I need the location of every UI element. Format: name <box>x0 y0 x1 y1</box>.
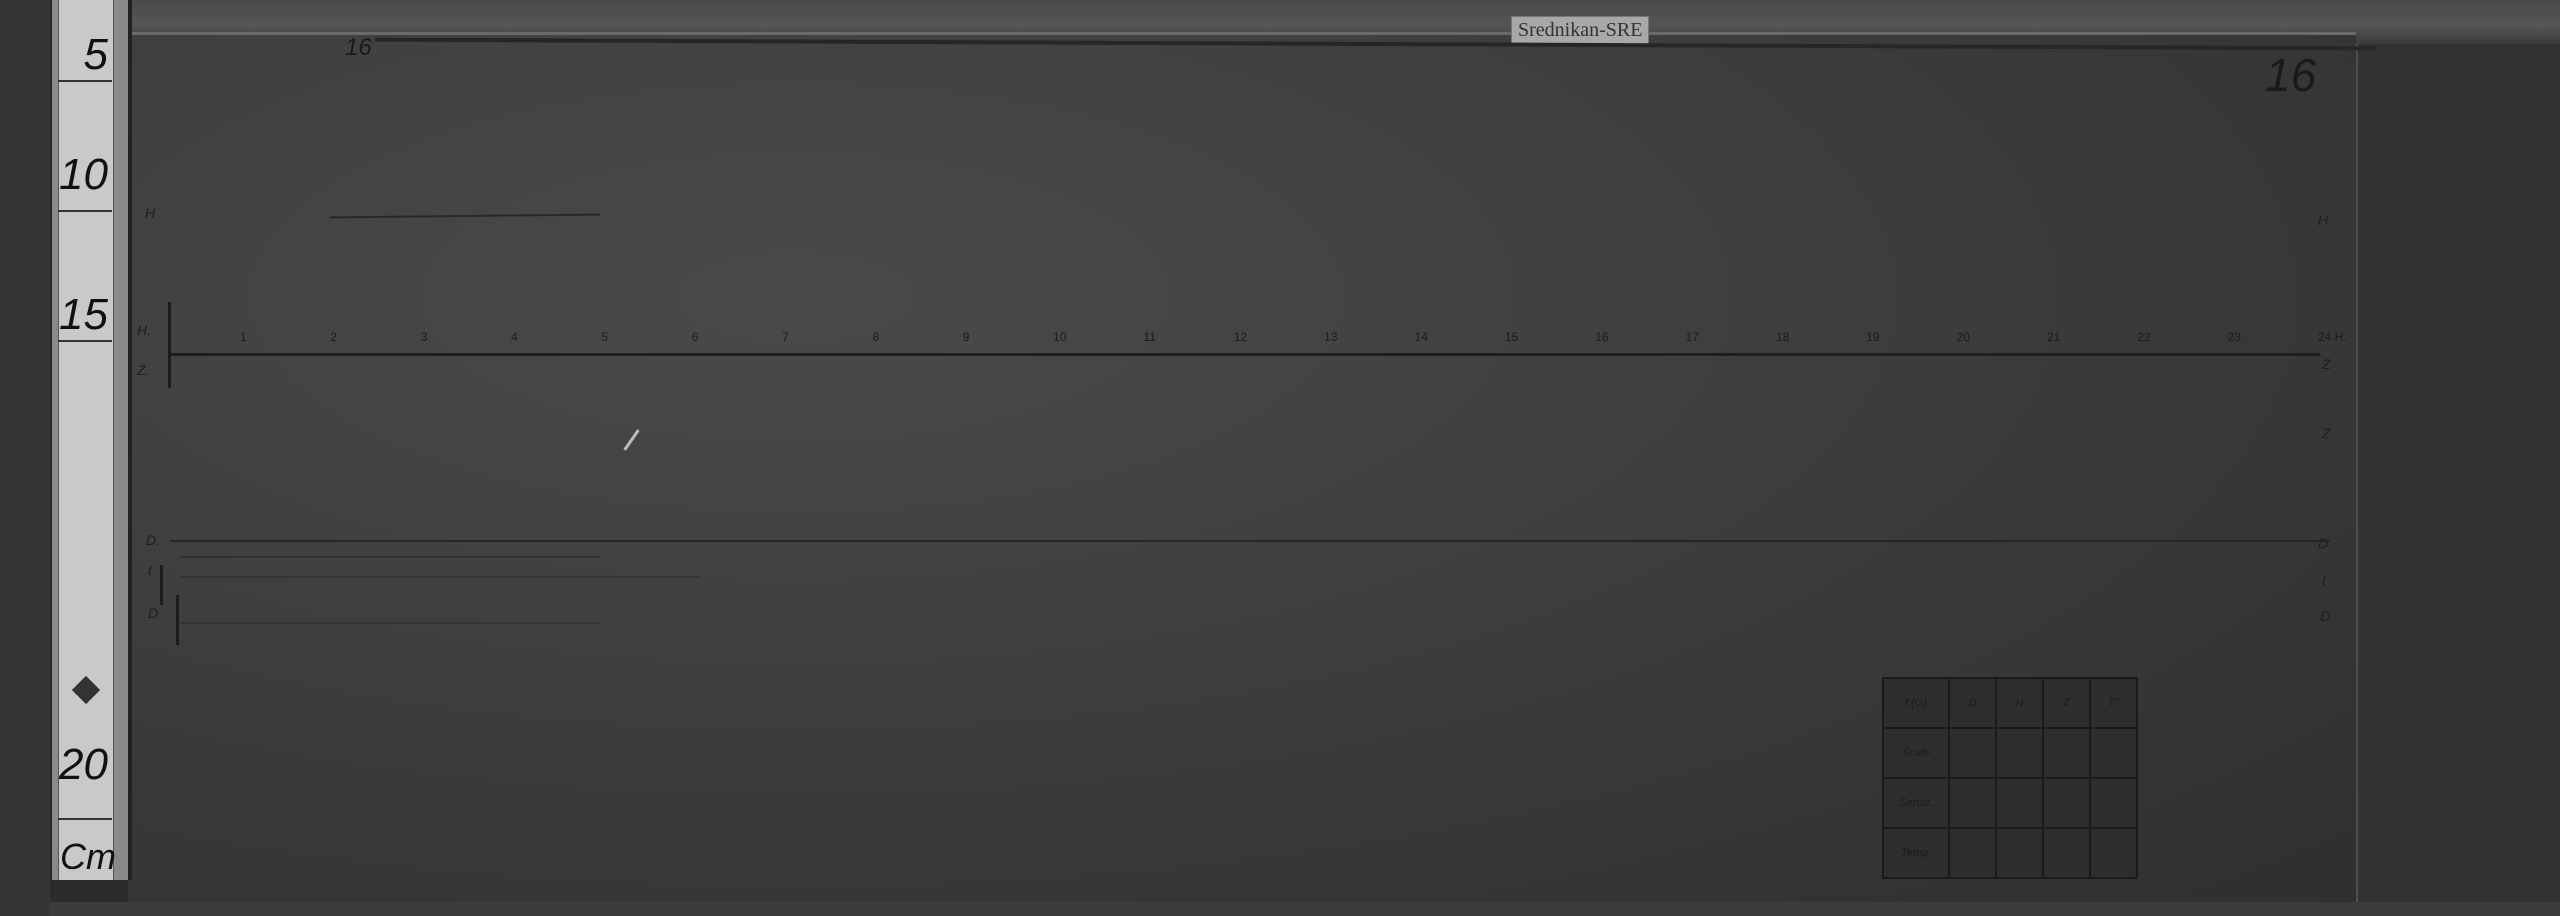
hour-tick-label: 14 <box>1415 330 1428 344</box>
arrow-hz <box>168 302 171 388</box>
row-label: Scale <box>1883 728 1949 778</box>
hour-tick-label: 19 <box>1866 330 1879 344</box>
hour-tick-label: 7 <box>782 330 789 344</box>
header-cell: D <box>1949 678 1996 728</box>
hour-tick-label: 2 <box>330 330 337 344</box>
trace-d <box>180 576 700 578</box>
table-cell <box>1949 728 1996 778</box>
ruler-mark-5: 5 <box>58 30 112 82</box>
table-cell <box>1996 728 2043 778</box>
hour-tick-label: 11 <box>1143 330 1155 344</box>
arrow-dt <box>160 565 163 605</box>
ruler-mark-20: 20 <box>58 740 112 820</box>
table-cell <box>2090 778 2137 828</box>
plate-number-left: 16 <box>345 34 372 62</box>
table-cell <box>1949 828 1996 878</box>
right-label-z: Z <box>2322 356 2331 372</box>
header-cell: f.(G) <box>1883 678 1949 728</box>
hour-tick-label: 6 <box>692 330 699 344</box>
hour-tick-label: 1 <box>240 330 247 344</box>
left-label-d: D. <box>146 532 160 548</box>
table-cell <box>2043 828 2090 878</box>
hour-tick-label: 17 <box>1686 330 1699 344</box>
right-label-t: t <box>2322 572 2326 588</box>
table-cell <box>2043 778 2090 828</box>
header-cell: T° <box>2090 678 2137 728</box>
hour-tick-label: 23 <box>2228 330 2241 344</box>
header-cell: Z <box>2043 678 2090 728</box>
table-row: Scale <box>1883 728 2137 778</box>
hour-tick-label: 4 <box>511 330 518 344</box>
trace-t <box>180 622 600 624</box>
left-background <box>0 0 50 916</box>
left-label-h2: H. <box>137 322 151 338</box>
table-cell <box>1996 828 2043 878</box>
hour-tick-label: 12 <box>1234 330 1247 344</box>
trace-z <box>180 556 600 558</box>
hour-tick-label: 16 <box>1595 330 1608 344</box>
hour-tick-label: 24 H. <box>2318 330 2347 344</box>
row-label: Sensit. <box>1883 778 1949 828</box>
ruler-unit: Cm <box>60 836 116 878</box>
hour-tick-label: 13 <box>1324 330 1337 344</box>
bottom-strip <box>50 902 2560 916</box>
table-row: Temp. <box>1883 828 2137 878</box>
hour-tick-label: 15 <box>1505 330 1518 344</box>
scale-table: f.(G) D H Z T° Scale Sensit. Temp. <box>1882 677 2138 879</box>
hour-tick-label: 8 <box>872 330 879 344</box>
baseline-d <box>170 540 2330 542</box>
right-label-h: H <box>2318 212 2328 228</box>
header-cell: H <box>1996 678 2043 728</box>
row-label: Temp. <box>1883 828 1949 878</box>
right-label-z2: Z <box>2322 425 2331 441</box>
left-label-z: Z. <box>137 362 149 378</box>
right-background <box>2356 44 2560 916</box>
time-axis <box>170 353 2320 356</box>
hour-tick-label: 18 <box>1776 330 1789 344</box>
hour-tick-label: 20 <box>1957 330 1970 344</box>
left-label-h: H <box>145 205 155 221</box>
table-cell <box>2090 728 2137 778</box>
left-label-d2: D <box>148 605 158 621</box>
table-cell <box>1996 778 2043 828</box>
hour-tick-label: 3 <box>421 330 428 344</box>
hour-tick-label: 21 <box>2047 330 2060 344</box>
right-label-d2: D <box>2320 608 2330 624</box>
hour-tick-label: 5 <box>601 330 608 344</box>
table-cell <box>2043 728 2090 778</box>
plate-number-right: 16 <box>2265 48 2316 102</box>
right-label-d: D <box>2318 535 2328 551</box>
ruler-mark-15: 15 <box>58 290 112 342</box>
ruler-mark-10: 10 <box>58 150 112 212</box>
hour-tick-label: 22 <box>2137 330 2150 344</box>
hour-tick-label: 9 <box>963 330 970 344</box>
scale-table-header: f.(G) D H Z T° <box>1883 678 2137 728</box>
hour-tick-label: 10 <box>1053 330 1066 344</box>
table-cell <box>2090 828 2137 878</box>
left-label-t: t <box>148 562 152 578</box>
arrow-d <box>176 595 179 645</box>
station-label: Srednikan-SRE <box>1511 16 1649 45</box>
table-cell <box>1949 778 1996 828</box>
table-row: Sensit. <box>1883 778 2137 828</box>
